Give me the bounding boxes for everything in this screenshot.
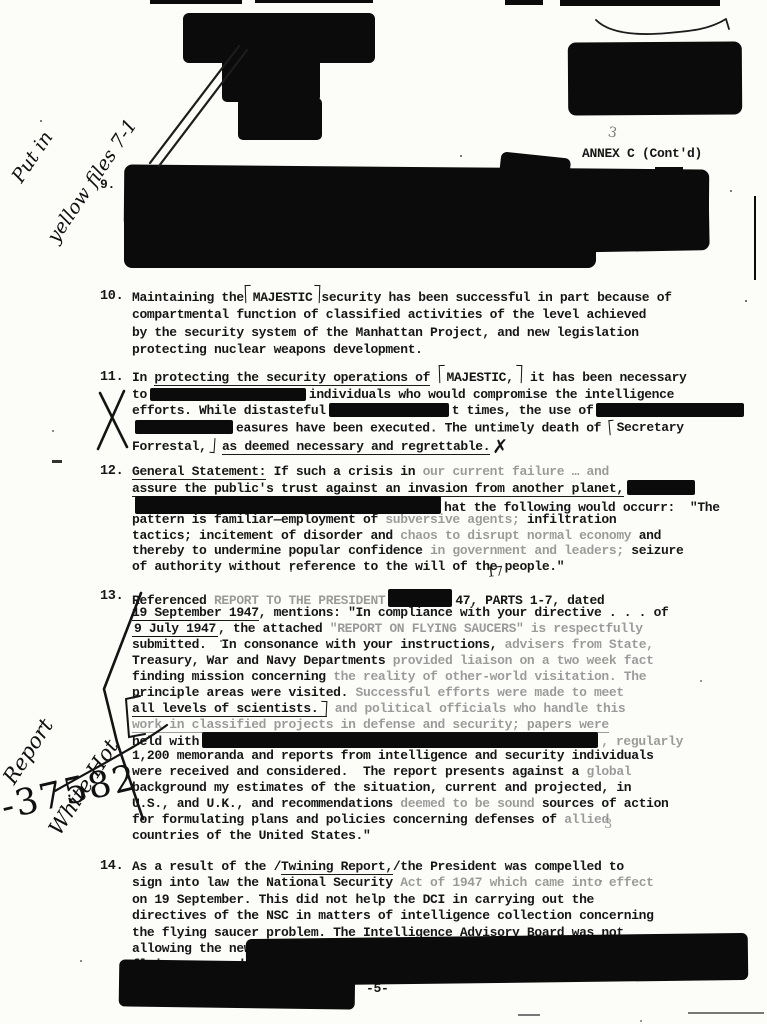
redaction-block [238,98,322,140]
text-segment: on 19 September. This did not help the D… [132,892,594,907]
text-segment: pattern is familiar—employment of [132,512,385,527]
text-segment: submitted. In consonance with your instr… [132,637,505,652]
text-segment: global [587,764,632,779]
text-segment: security has been successful in part bec… [321,290,671,305]
text-line: principle areas were visited. Successful… [132,685,683,701]
text-segment: as deemed necessary and regrettable. [222,439,490,455]
text-segment: easures have been executed. The untimely… [236,420,609,435]
text-line: Maintaining theMAJESTICsecurity has been… [132,289,672,306]
text-line: sign into law the National Security Act … [132,875,654,891]
text-segment: compartmental function of classified act… [132,307,646,322]
text-segment: /the President was compelled to [393,859,624,874]
text-segment: Secretary [609,420,684,435]
redaction-inline [150,388,306,401]
text-line: Forrestal, as deemed necessary and regre… [132,436,747,453]
text-segment: by the security system of the Manhattan … [132,325,639,340]
text-line: U.S., and U.K., and recommendations deem… [132,796,683,812]
paragraph-10: 10.Maintaining theMAJESTICsecurity has b… [100,289,672,359]
text-segment: principle areas were visited. [132,685,356,700]
text-line: Treasury, War and Navy Departments provi… [132,653,683,669]
redaction-inline [202,732,598,748]
paragraph-number: 14. [100,859,123,874]
redaction-block [119,959,356,1009]
text-line: directives of the NSC in matters of inte… [132,908,654,924]
redaction-block [496,170,709,254]
text-segment: Maintaining the [132,290,244,305]
scanned-document-page: 9. ANNEX C (Cont'd) 3 Put in yellow file… [0,0,767,1024]
text-segment: directives of the NSC in matters of inte… [132,908,654,923]
text-line: tactics; incitement of disorder and chao… [132,528,720,544]
annex-header: ANNEX C (Cont'd) [582,146,702,161]
paragraph-number: 10. [100,289,123,304]
text-segment: t times, the use of [452,403,594,418]
text-line: by the security system of the Manhattan … [132,324,672,341]
text-line: General Statement: If such a crisis in o… [132,464,720,480]
text-segment: protecting nuclear weapons development. [132,342,423,357]
redaction-inline [329,403,449,417]
text-line: all levels of scientists. and political … [132,701,683,717]
text-segment: for formulating plans and policies conce… [132,812,564,827]
text-segment: held with [132,734,199,749]
text-line: efforts. While distastefult times, the u… [132,403,747,420]
text-line: on 19 September. This did not help the D… [132,892,654,908]
paper-speckles [40,120,42,122]
top-curve-mark [596,19,729,34]
text-segment: U.S., and U.K., and recommendations [132,796,400,811]
text-segment: REPORT TO THE PRESIDENT [214,593,385,608]
text-segment: sign into law the National Security [132,875,400,890]
text-line: hat the following would occurr: "The [132,496,720,512]
squiggle-mark: 3 [607,124,619,141]
text-line: easures have been executed. The untimely… [132,420,747,437]
text-line: Referenced REPORT TO THE PRESIDENT47, PA… [132,589,683,605]
paragraph-number: 13. [100,589,123,604]
scan-smudge [518,1014,540,1016]
text-segment: Act of 1947 which came into effect [400,875,653,890]
text-line: for formulating plans and policies conce… [132,812,683,828]
text-line: countries of the United States." [132,828,683,844]
text-segment: to [132,387,147,402]
scan-edge-mark [754,196,756,280]
text-line: submitted. In consonance with your instr… [132,637,683,653]
text-segment: all levels of scientists. [132,701,327,717]
redaction-block [222,58,320,102]
text-segment: protecting the security operations of [154,370,430,386]
text-segment: and political officials who handle this [327,701,625,716]
text-segment: If such a crisis in [266,464,422,479]
text-segment: seizure [624,543,684,558]
text-segment: ✗ [492,436,508,458]
redaction-inline [627,480,695,495]
text-segment: tactics; incitement of disorder and [132,528,400,543]
scan-edge-bar [255,0,373,3]
text-line: In protecting the security operations of… [132,370,747,387]
text-segment: finding mission concerning [132,669,333,684]
text-segment: deemed to be sound [400,796,534,811]
paragraph-number: 11. [100,370,123,385]
text-segment: In [132,370,154,385]
text-segment: Treasury, War and Navy Departments [132,653,393,668]
text-segment: As a result of the / [132,859,281,874]
text-segment: chaos to disrupt normal economy [400,528,631,543]
paragraph-number: 12. [100,464,123,479]
text-line: assure the public's trust against an inv… [132,480,720,496]
text-segment: MAJESTIC [245,288,321,305]
redaction-block [183,13,375,63]
text-segment: the reality of other-world visitation. T… [333,669,646,684]
text-line: were received and considered. The report… [132,764,683,780]
text-segment: of authority without reference to the wi… [132,559,564,574]
text-line: work in classified projects in defense a… [132,717,683,733]
text-segment: "REPORT ON FLYING SAUCERS" is respectful… [330,621,643,636]
text-segment: Forrestal, [132,439,215,454]
text-segment: provided liaison on a two week fact [393,653,654,668]
text-segment: subversive agents; [385,512,519,527]
text-line: As a result of the /Twining Report,/the … [132,859,654,875]
text-segment: our current failure … and [423,464,609,479]
text-segment: advisers from State, [505,637,654,652]
scan-edge-bar [505,0,543,5]
text-segment: 9 July 1947 [132,620,218,637]
text-segment: MAJESTIC, [439,368,522,385]
text-line: toindividuals who would compromise the i… [132,387,747,404]
text-line: background my estimates of the situation… [132,780,683,796]
scan-edge-bar [150,0,242,4]
text-line: compartmental function of classified act… [132,306,672,323]
text-line: 9 July 1947, the attached "REPORT ON FLY… [132,621,683,637]
text-segment: were received and considered. The report… [132,764,587,779]
text-segment: work in classified projects in defense a… [132,717,609,733]
paragraph-13: 13.Referenced REPORT TO THE PRESIDENT47,… [100,589,683,844]
redaction-inline [135,420,233,434]
text-segment: Twining Report, [281,859,393,875]
text-line: thereby to undermine popular confidence … [132,543,720,559]
text-line: finding mission concerning the reality o… [132,669,683,685]
text-segment: thereby to undermine popular confidence [132,543,430,558]
redaction-block [568,41,743,115]
text-line: held with, regularly [132,732,683,748]
text-segment [215,439,222,454]
paragraph-11: 11.In protecting the security operations… [100,370,747,453]
text-line: of authority without reference to the wi… [132,559,720,575]
text-segment: countries of the United States." [132,828,370,843]
text-segment: allied [564,812,609,827]
text-segment: in government and leaders; [430,543,624,558]
underline-mark [655,167,683,172]
text-segment: and [631,528,661,543]
text-segment: efforts. While distasteful [132,403,326,418]
text-segment: assure the public's trust against an inv… [132,481,624,497]
filing-note-line1: Put in [0,30,123,212]
redaction-inline [596,403,744,417]
text-segment: General Statement: [132,464,266,480]
paragraph-12: 12.General Statement: If such a crisis i… [100,464,720,575]
text-segment: individuals who would compromise the int… [309,387,674,402]
text-segment: it has been necessary [523,370,687,385]
text-segment: , the attached [218,621,330,636]
text-segment: sources of action [534,796,668,811]
text-line: 1,200 memoranda and reports from intelli… [132,748,683,764]
text-segment: , regularly [601,734,683,749]
text-line: protecting nuclear weapons development. [132,341,672,358]
text-segment [430,370,437,385]
text-segment: background my estimates of the situation… [132,780,631,795]
text-segment: infiltration [519,512,616,527]
scan-edge-bar [560,0,720,6]
scan-smudge [52,460,62,463]
scan-smudge [688,1012,764,1014]
text-segment: 1,200 memoranda and reports from intelli… [132,748,654,763]
text-segment: Successful efforts were made to meet [356,685,624,700]
